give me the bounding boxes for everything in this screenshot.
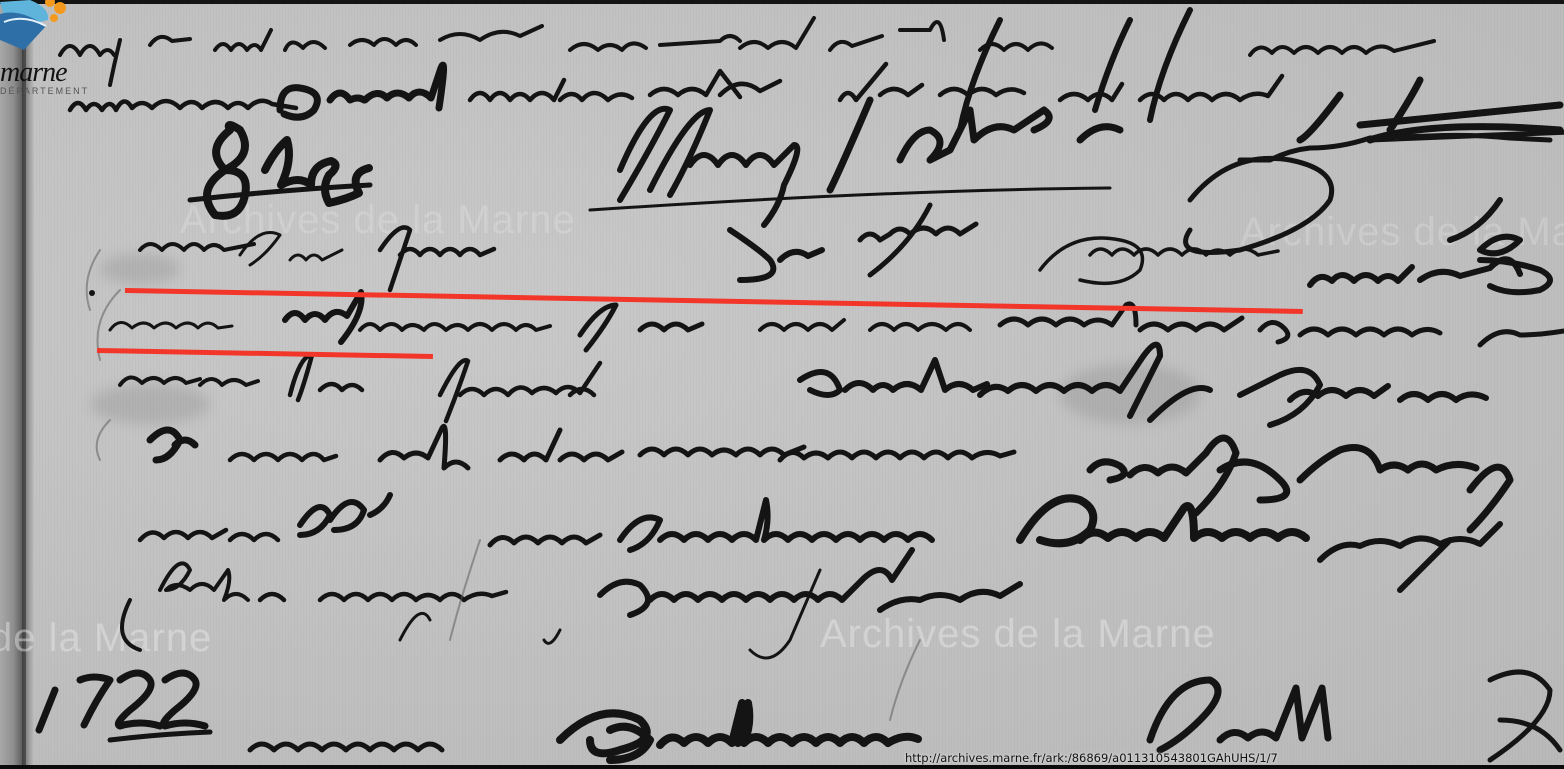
logo-wave-icon <box>0 0 80 60</box>
logo-subtitle: DÉPARTEMENT <box>0 86 89 96</box>
marne-department-logo[interactable]: marne DÉPARTEMENT <box>0 0 80 96</box>
document-viewer[interactable]: Archives de la Marne Archives de la Marn… <box>0 4 1564 765</box>
manuscript-handwriting <box>0 4 1564 765</box>
logo-wordmark: marne <box>0 57 67 89</box>
viewer-bottom-edge <box>0 765 1564 769</box>
permalink-caption[interactable]: http://archives.marne.fr/ark:/86869/a011… <box>905 751 1278 765</box>
